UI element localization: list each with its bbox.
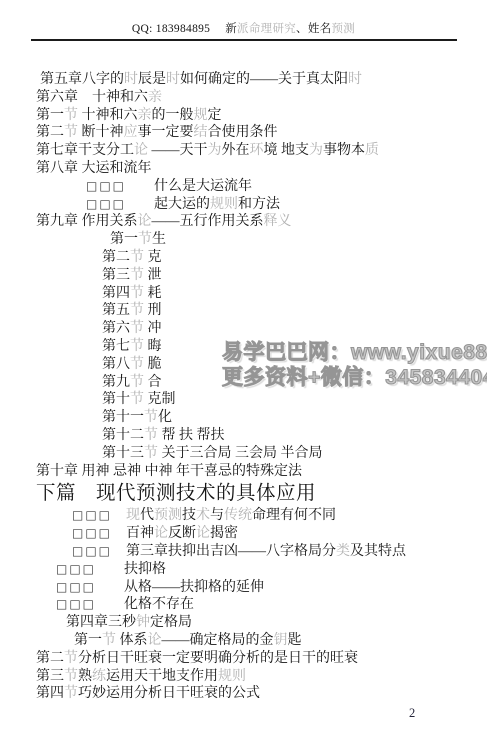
toc-line: □□□ 从格――扶抑格的延伸 (36, 579, 477, 597)
text-run: 的一般 (152, 108, 194, 123)
text-run: 练 (92, 669, 106, 684)
text-run: 应 (124, 125, 138, 140)
toc-line: □□□ 什么是大运流年 (36, 178, 477, 196)
text-run: 定 (208, 108, 222, 123)
text-run: 第三 (36, 669, 64, 684)
text-run: 刑 (144, 303, 162, 318)
text-run: 扶抑格 (124, 562, 166, 577)
text-run: 结 (194, 125, 208, 140)
text-run: 节 (130, 303, 144, 318)
text-run: 第四章三秒 (66, 615, 136, 630)
page-number: 2 (409, 706, 415, 721)
text-run: 第七章干支分工 (36, 143, 134, 158)
text-run: 亲 (148, 90, 162, 105)
text-run: 化 (158, 410, 172, 425)
text-run: 合 (144, 375, 162, 390)
toc-line: □□□ 扶抑格 (36, 561, 477, 579)
text-run: 亲 (138, 108, 152, 123)
missing-glyph-boxes: □□□ (86, 179, 126, 193)
text-run: ——确定格局的金 (162, 633, 274, 648)
text-run: 节 (144, 446, 158, 461)
text-run: 耗 (144, 286, 162, 301)
text-run: 论 (196, 526, 210, 541)
text-run: 释义 (264, 214, 292, 229)
text-run: QQ: 183984895 (132, 23, 210, 35)
text-run: 现 (126, 508, 140, 523)
toc-line: □□□ 现代预测技术与传统命理有何不同 (36, 507, 477, 525)
toc-line: □□□ 第三章扶抑出吉凶——八字格局分类及其特点 (36, 543, 477, 561)
toc-line: 第一节 体系论——确定格局的金钥匙 (36, 632, 477, 650)
text-run: 帮 扶 帮扶 (158, 428, 225, 443)
text-run: 如何确定的——关于真太阳 (180, 72, 348, 87)
text-run: 定格局 (150, 615, 192, 630)
watermark-line2: 更多资料+微信：3458344044 (222, 365, 487, 390)
text-run: 第四 (36, 686, 64, 701)
text-run: 术 (196, 508, 210, 523)
text-run (112, 544, 126, 559)
text-run: 冲 (144, 321, 162, 336)
toc-line: 第三节熟练运用天干地支作用规则 (36, 668, 477, 686)
text-run: 第一 (110, 232, 138, 247)
text-run: 论 (138, 214, 152, 229)
text-run: 第八章 大运和流年 (36, 161, 152, 176)
toc-line: 第十二节 帮 扶 帮扶 (36, 427, 477, 445)
text-run: 代 (140, 508, 154, 523)
missing-glyph-boxes: □□□ (56, 562, 96, 576)
text-run (96, 597, 124, 612)
text-run: 钥 (274, 633, 288, 648)
text-run: 克 (144, 250, 162, 265)
toc-line: □□□ 起大运的规则和方法 (36, 196, 477, 214)
text-run: ——天干 (148, 143, 208, 158)
text-run: 姓名 (308, 23, 332, 35)
text-run: 派命理研究 (237, 23, 296, 35)
text-run: 及其特点 (350, 544, 406, 559)
text-run: 质 (365, 143, 379, 158)
toc-line: 第一节生 (36, 231, 477, 249)
toc-line: 第十章 用神 忌神 中神 年干喜忌的特殊定法 (36, 463, 477, 481)
toc-line: 第二节 克 (36, 249, 477, 267)
text-run: 论 (134, 143, 148, 158)
text-run (96, 562, 124, 577)
text-run: 预测 (331, 23, 355, 35)
text-run (112, 508, 126, 523)
missing-glyph-boxes: □□□ (56, 597, 96, 611)
text-run: 事物本 (323, 143, 365, 158)
text-run: 节 (102, 633, 116, 648)
text-run: 传统 (224, 508, 252, 523)
header-text: QQ: 183984895 新派命理研究、姓名预测 (132, 23, 355, 35)
text-run: 节 (64, 125, 78, 140)
text-run: 节 (130, 268, 144, 283)
text-run: 命理有何不同 (252, 508, 336, 523)
watermark: 易学巴巴网：www.yixue88.cn 更多资料+微信：3458344044 (222, 340, 487, 390)
text-run: 第二 (102, 250, 130, 265)
text-run: 和方法 (238, 197, 280, 212)
text-run: 节 (64, 686, 78, 701)
toc-line: 第七章干支分工论 ——天干为外在环境 地支为事物本质 (36, 142, 477, 160)
text-run: 体系 (116, 633, 148, 648)
toc-line: 第一节 十神和六亲的一般规定 (36, 107, 477, 125)
text-run: 第十章 用神 忌神 中神 年干喜忌的特殊定法 (36, 464, 302, 479)
text-run: 泄 (144, 268, 162, 283)
text-run: 第三 (102, 268, 130, 283)
toc-line: 第五节 刑 (36, 302, 477, 320)
text-run: 第九章 作用关系 (36, 214, 138, 229)
text-run: 起大运的 (154, 197, 210, 212)
text-run: 脆 (144, 357, 162, 372)
text-run: 规则 (218, 669, 246, 684)
text-run: 第十 (102, 392, 130, 407)
text-run: 什么是大运流年 (154, 179, 252, 194)
text-run: 第八 (102, 357, 130, 372)
text-run: 第五章八字的 (40, 72, 124, 87)
text-run: 节 (64, 669, 78, 684)
text-run: 类 (336, 544, 350, 559)
missing-glyph-boxes: □□□ (72, 544, 112, 558)
text-run: 环 (250, 143, 264, 158)
text-run: 第四 (102, 286, 130, 301)
text-run: 百神 (126, 526, 154, 541)
text-run: 技 (182, 508, 196, 523)
text-run: 为 (309, 143, 323, 158)
text-run: 下篇 现代预测技术的具体应用 (36, 483, 316, 504)
text-run: 第六章 十神和六 (36, 90, 148, 105)
text-run: 克制 (144, 392, 176, 407)
toc-line: 第三节 泄 (36, 267, 477, 285)
text-run: 第九 (102, 375, 130, 390)
text-run: 反断 (168, 526, 196, 541)
text-run: 节 (138, 232, 152, 247)
text-run: 论 (154, 526, 168, 541)
text-run: 巧妙运用分析日干旺衰的公式 (78, 686, 260, 701)
missing-glyph-boxes: □□□ (72, 526, 112, 540)
toc-line: 第五章八字的时辰是时如何确定的——关于真太阳时 (36, 71, 477, 89)
text-run: 分析日干旺衰一定要明确分析的是日干的旺衰 (78, 651, 358, 666)
text-run: 辰是 (138, 72, 166, 87)
text-run: 节 (64, 651, 78, 666)
text-run: 新 (225, 23, 237, 35)
text-run: 从格――扶抑格的延伸 (124, 580, 264, 595)
text-run: 揭密 (210, 526, 238, 541)
toc-line: 第四节 耗 (36, 285, 477, 303)
text-run: 节 (144, 410, 158, 425)
toc-line: □□□ 化格不存在 (36, 596, 477, 614)
watermark-line1: 易学巴巴网：www.yixue88.cn (222, 340, 487, 365)
toc-line: 第二节 断十神应事一定要结合使用条件 (36, 124, 477, 142)
toc-line: 第十三节 关于三合局 三会局 半合局 (36, 445, 477, 463)
text-run: 节 (130, 339, 144, 354)
text-run: 规则 (210, 197, 238, 212)
toc-line: 第四章三秒钟定格局 (36, 614, 477, 632)
text-run: 时 (124, 72, 138, 87)
text-run: 与 (210, 508, 224, 523)
text-run: 第一 (74, 633, 102, 648)
text-run: 节 (130, 321, 144, 336)
text-run (112, 526, 126, 541)
page-header: QQ: 183984895 新派命理研究、姓名预测 (0, 20, 487, 36)
text-run: 第十一 (102, 410, 144, 425)
text-run: 预测 (154, 508, 182, 523)
text-run: 合使用条件 (208, 125, 278, 140)
toc-line: 第十一节化 (36, 409, 477, 427)
text-run: 熟 (78, 669, 92, 684)
text-run: 运用天干地支作用 (106, 669, 218, 684)
text-run (126, 179, 154, 194)
text-run: 外在 (222, 143, 250, 158)
toc-line: 下篇 现代预测技术的具体应用 (36, 480, 477, 507)
text-run: 第十二 (102, 428, 144, 443)
text-run: 匙 (288, 633, 302, 648)
toc-line: 第六章 十神和六亲 (36, 89, 477, 107)
text-run: 为 (208, 143, 222, 158)
text-run: 第十三 (102, 446, 144, 461)
text-run: 十神和六 (78, 108, 138, 123)
missing-glyph-boxes: □□□ (56, 580, 96, 594)
text-run: 晦 (144, 339, 162, 354)
text-run: 论 (148, 633, 162, 648)
toc-line: 第十节 克制 (36, 391, 477, 409)
text-run: 节 (144, 428, 158, 443)
text-run: 节 (130, 250, 144, 265)
toc-line: □□□ 百神论反断论揭密 (36, 525, 477, 543)
text-run (96, 580, 124, 595)
text-run: 时 (348, 72, 362, 87)
toc-line: 第九章 作用关系论――五行作用关系释义 (36, 213, 477, 231)
text-run: 第二 (36, 651, 64, 666)
document-page: QQ: 183984895 新派命理研究、姓名预测 第五章八字的时辰是时如何确定… (0, 0, 487, 743)
text-run: 第六 (102, 321, 130, 336)
text-run: 第五 (102, 303, 130, 318)
text-run: 、 (296, 23, 308, 35)
text-run: 节 (130, 392, 144, 407)
toc-line: 第六节 冲 (36, 320, 477, 338)
text-run: 断十神 (78, 125, 124, 140)
toc-line: 第二节分析日干旺衰一定要明确分析的是日干的旺衰 (36, 650, 477, 668)
text-run: 钟 (136, 615, 150, 630)
toc-line: 第八章 大运和流年 (36, 160, 477, 178)
text-run (210, 23, 225, 35)
header-divider (31, 39, 457, 41)
text-run: 节 (130, 357, 144, 372)
text-run: 第一 (36, 108, 64, 123)
text-run: 第三章扶抑出吉凶——八字格局分 (126, 544, 336, 559)
text-run: ――五行作用关系 (152, 214, 264, 229)
text-run: 生 (152, 232, 166, 247)
text-run: 节 (130, 375, 144, 390)
missing-glyph-boxes: □□□ (86, 197, 126, 211)
text-run: 时 (166, 72, 180, 87)
missing-glyph-boxes: □□□ (72, 508, 112, 522)
text-run: 节 (130, 286, 144, 301)
text-run (126, 197, 154, 212)
text-run: 第二 (36, 125, 64, 140)
text-run: 关于三合局 三会局 半合局 (158, 446, 323, 461)
text-run: 第七 (102, 339, 130, 354)
text-run: 节 (64, 108, 78, 123)
toc-line: 第四节巧妙运用分析日干旺衰的公式 (36, 685, 477, 703)
text-run: 境 地支 (264, 143, 310, 158)
text-run: 规 (194, 108, 208, 123)
text-run: 事一定要 (138, 125, 194, 140)
text-run: 化格不存在 (124, 597, 194, 612)
